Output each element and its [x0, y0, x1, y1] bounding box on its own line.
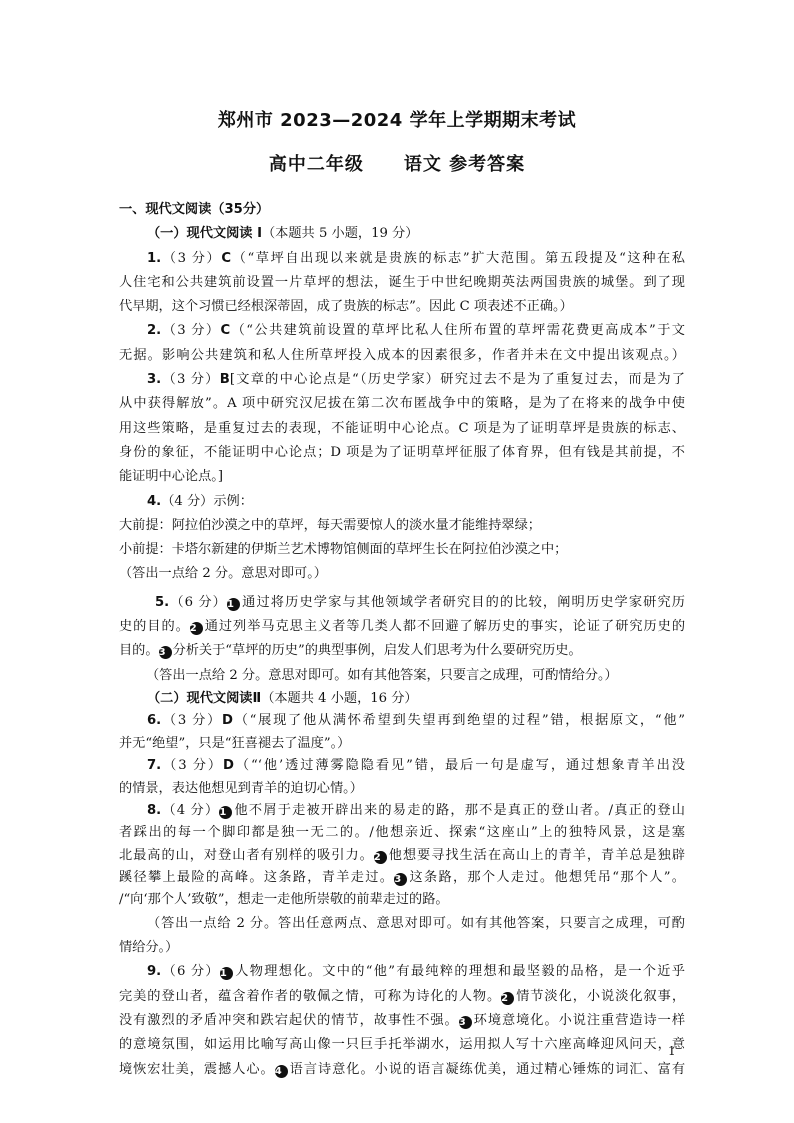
grading-note: 情给分。） [119, 936, 685, 960]
circled-number-icon: 2 [190, 622, 203, 635]
answer-q1-line: 人住宅和公共建筑前设置一片草坪的想法，诞生于中世纪晚期英法两国贵族的城堡。到了现 [119, 271, 685, 295]
circled-number-icon: 2 [501, 992, 514, 1005]
answer-q3-line: 身份的象征，不能证明中心论点；D 项是为了证明草坪征服了体育界，但有钱是其前提，… [119, 441, 685, 465]
answer-q2: 2.（3 分）C（“公共建筑前设置的草坪比私人住所布置的草坪需花费更高成本”于文 [119, 319, 685, 343]
answer-q9-line: 完美的登山者，蕴含着作者的敬佩之情，可称为诗化的人物。2情节淡化，小说淡化叙事， [119, 985, 685, 1009]
answer-q6-line: 并无“绝望”，只是“狂喜褪去了温度”。） [119, 733, 685, 755]
part-heading-2: （二）现代文阅读Ⅱ（本题共 4 小题，16 分） [119, 688, 685, 710]
answer-q3-line: 从中获得解放”。A 项中研究汉尼拔在第二次布匿战争中的策略，是为了在将来的战争中… [119, 392, 685, 416]
circled-number-icon: 1 [227, 598, 240, 611]
circled-number-icon: 3 [459, 1016, 472, 1029]
exam-title: 郑州市 2023—2024 学年上学期期末考试 [0, 106, 794, 132]
answer-q8-line: 蹊径攀上最险的高峰。这条路，青羊走过。3这条路，那个人走过。他想凭吊“那个人”。 [119, 867, 685, 889]
answer-q8-line: 者踩出的每一个脚印都是独一无二的。/他想亲近、探索“这座山”上的独特风景，这是塞 [119, 822, 685, 844]
answer-q2-line: 无据。影响公共建筑和私人住所草坪投入成本的因素很多，作者并未在文中提出该观点。） [119, 344, 685, 368]
grading-note: （答出一点给 2 分。答出任意两点、意思对即可。如有其他答案，只要言之成理，可酌 [119, 912, 685, 936]
circled-number-icon: 4 [275, 1065, 288, 1078]
answer-q9-line: 境恢宏壮美，震撼人心。4语言诗意化。小说的语言凝练优美，通过精心锤炼的词汇、富有 [119, 1058, 685, 1082]
exam-subtitle: 高中二年级语文 参考答案 [0, 150, 794, 176]
answer-q8: 8.（4 分）1他不屑于走被开辟出来的易走的路，那不是真正的登山者。/真正的登山 [119, 800, 685, 822]
circled-number-icon: 1 [219, 806, 232, 819]
circled-number-icon: 2 [374, 851, 387, 864]
part-heading-1: （一）现代文阅读 I（本题共 5 小题，19 分） [119, 222, 685, 246]
circled-number-icon: 3 [159, 646, 172, 659]
answer-q9-line: 的意境氛围，如运用比喻写高山像一只巨手托举湖水，运用拟人写十六座高峰迎风问天，意 [119, 1033, 685, 1057]
answer-q3-line: 能证明中心论点。] [119, 465, 685, 489]
subject-label: 语文 参考答案 [404, 154, 525, 175]
answer-q1-line: 代早期，这个习惯已经根深蒂固，成了贵族的标志”。因此 C 项表述不正确。） [119, 295, 685, 319]
grading-note: （答出一点给 2 分。意思对即可。如有其他答案，只要言之成理，可酌情给分。） [119, 664, 685, 688]
section-heading-modern-reading: 一、现代文阅读（35分） [119, 198, 685, 222]
answer-q9: 9.（6 分）1人物理想化。文中的“他”有最纯粹的理想和最坚毅的品格，是一个近乎 [119, 960, 685, 984]
page-number: 1 [668, 1044, 676, 1058]
answer-q1: 1.（3 分）C（“草坪自出现以来就是贵族的标志”扩大范围。第五段提及“这种在私 [119, 247, 685, 271]
answer-q7-line: 的情景，表达他想见到青羊的迫切心情。） [119, 778, 685, 800]
grade-label: 高中二年级 [269, 154, 364, 175]
answer-q5-line: 史的目的。2通过列举马克思主义者等几类人都不回避了解历史的事实，论证了研究历史的 [119, 615, 685, 639]
minor-premise: 小前提：卡塔尔新建的伊斯兰艺术博物馆侧面的草坪生长在阿拉伯沙漠之中； [119, 538, 685, 562]
answer-q9-line: 没有激烈的矛盾冲突和跌宕起伏的情节，故事性不强。3环境意境化。小说注重营造诗一样 [119, 1009, 685, 1033]
answer-q3: 3.（3 分）B[文章的中心论点是“（历史学家）研究过去不是为了重复过去，而是为… [119, 368, 685, 392]
answer-key-page: 郑州市 2023—2024 学年上学期期末考试 高中二年级语文 参考答案 一、现… [0, 0, 794, 1123]
answer-content: 一、现代文阅读（35分） （一）现代文阅读 I（本题共 5 小题，19 分） 1… [119, 198, 685, 1082]
circled-number-icon: 1 [220, 967, 233, 980]
answer-q8-line: 北最高的山，对登山者有别样的吸引力。2他想要寻找生活在高山上的青羊，青羊总是独辟 [119, 845, 685, 867]
circled-number-icon: 3 [394, 873, 407, 886]
answer-q6: 6.（3 分）D（“展现了他从满怀希望到失望再到绝望的过程”错，根据原文，“他” [119, 710, 685, 732]
major-premise: 大前提：阿拉伯沙漠之中的草坪，每天需要惊人的淡水量才能维持翠绿； [119, 514, 685, 538]
answer-q8-line: /“向‘那个人’致敬”，想走一走他所崇敬的前辈走过的路。 [119, 889, 685, 911]
answer-q7: 7.（3 分）D（“‘他’透过薄雾隐隐看见”错，最后一句是虚写，通过想象青羊出没 [119, 755, 685, 777]
answer-q5-line: 目的。3分析关于“草坪的历史”的典型事例，启发人们思考为什么要研究历史。 [119, 639, 685, 663]
answer-q3-line: 用这些策略，是重复过去的表现，不能证明中心论点。C 项是为了证明草坪是贵族的标志… [119, 417, 685, 441]
answer-q4: 4.（4 分）示例： [119, 490, 685, 514]
answer-q5: 5.（6 分）1通过将历史学家与其他领域学者研究目的的比较，阐明历史学家研究历 [119, 591, 685, 615]
grading-note: （答出一点给 2 分。意思对即可。） [119, 562, 685, 586]
